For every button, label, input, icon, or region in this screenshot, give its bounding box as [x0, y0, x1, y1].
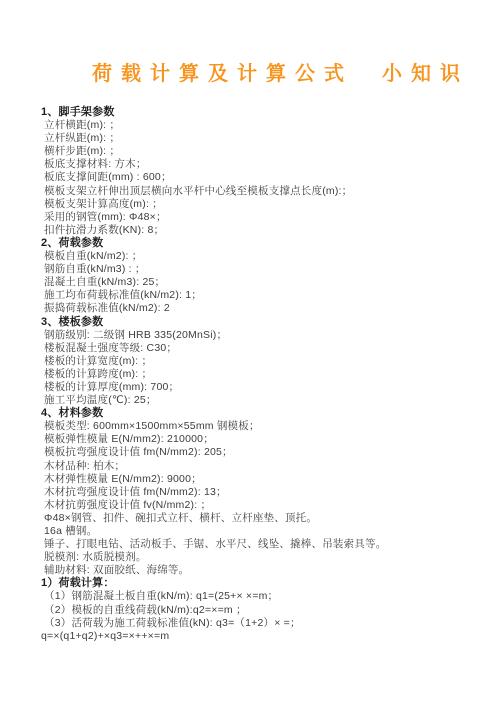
doc-line: （1）钢筋混凝土板自重(kN/m): q1=(25+× ×=m； [41, 590, 480, 603]
doc-line: 模板弹性模量 E(N/mm2): 210000； [41, 433, 480, 446]
doc-line: 楼板的计算跨度(m): ； [41, 368, 480, 381]
document-page: 荷载计算及计算公式 小知识 1、脚手架参数立杆横距(m): ；立杆纵距(m): … [0, 0, 496, 702]
doc-section: 1、脚手架参数立杆横距(m): ；立杆纵距(m): ；横杆步距(m): ；板底支… [41, 106, 480, 237]
section-header: 1、脚手架参数 [41, 106, 480, 119]
sections-container: 1、脚手架参数立杆横距(m): ；立杆纵距(m): ；横杆步距(m): ；板底支… [41, 106, 480, 630]
formula-line: q=×(q1+q2)+×q3=×++×=m [41, 630, 480, 643]
doc-line: 模板抗弯强度设计值 fm(N/mm2): 205； [41, 446, 480, 459]
doc-line: （2）模板的自重线荷载(kN/m):q2=×=m ； [41, 604, 480, 617]
doc-section: 2、荷载参数模板自重(kN/m2): ；钢筋自重(kN/m3) : ；混凝土自重… [41, 237, 480, 316]
doc-section: 3、楼板参数钢筋级别: 二级钢 HRB 335(20MnSi)；楼板混凝土强度等… [41, 316, 480, 408]
doc-line: Φ48×钢管、扣件、碗扣式立杆、横杆、立杆座垫、顶托。 [41, 512, 480, 525]
doc-line: 钢筋自重(kN/m3) : ； [41, 263, 480, 276]
doc-line: 施工均布荷载标准值(kN/m2): 1； [41, 289, 480, 302]
document-title: 荷载计算及计算公式 小知识 [92, 60, 469, 88]
doc-line: 横杆步距(m): ； [41, 145, 480, 158]
doc-line: 模板类型: 600mm×1500mm×55mm 钢模板； [41, 420, 480, 433]
doc-line: 木材抗剪强度设计值 fv(N/mm2): ； [41, 499, 480, 512]
doc-line: 钢筋级别: 二级钢 HRB 335(20MnSi)； [41, 329, 480, 342]
doc-line: 混凝土自重(kN/m3): 25； [41, 276, 480, 289]
doc-line: 锤子、打眼电钻、活动板手、手锯、水平尺、线坠、撬棒、吊装索具等。 [41, 538, 480, 551]
doc-line: 板底支撑材料: 方木； [41, 158, 480, 171]
doc-line: （3）活荷载为施工荷载标准值(kN): q3=（1+2）× =； [41, 617, 480, 630]
doc-line: 模板自重(kN/m2): ； [41, 250, 480, 263]
doc-section: 4、材料参数模板类型: 600mm×1500mm×55mm 钢模板；模板弹性模量… [41, 407, 480, 577]
doc-line: 振捣荷载标准值(kN/m2): 2 [41, 302, 480, 315]
document-body: 1、脚手架参数立杆横距(m): ；立杆纵距(m): ；横杆步距(m): ；板底支… [41, 106, 480, 643]
doc-line: 楼板的计算厚度(mm): 700； [41, 381, 480, 394]
doc-line: 脱模剂: 水质脱模剂。 [41, 551, 480, 564]
doc-line: 施工平均温度(℃): 25； [41, 394, 480, 407]
section-header: 2、荷载参数 [41, 237, 480, 250]
doc-line: 采用的钢管(mm): Φ48×； [41, 211, 480, 224]
doc-line: 木材品种: 柏木； [41, 460, 480, 473]
doc-line: 立杆纵距(m): ； [41, 132, 480, 145]
doc-line: 扣件抗滑力系数(KN): 8； [41, 224, 480, 237]
doc-line: 木材弹性模量 E(N/mm2): 9000； [41, 473, 480, 486]
doc-line: 楼板混凝土强度等级: C30； [41, 342, 480, 355]
section-header: 3、楼板参数 [41, 316, 480, 329]
doc-section: 1）荷载计算：（1）钢筋混凝土板自重(kN/m): q1=(25+× ×=m；（… [41, 577, 480, 629]
doc-line: 模板支架立杆伸出顶层横向水平杆中心线至模板支撑点长度(m):； [41, 185, 480, 198]
doc-line: 16a 槽钢。 [41, 525, 480, 538]
doc-line: 辅助材料: 双面胶纸、海绵等。 [41, 564, 480, 577]
doc-line: 楼板的计算宽度(m): ； [41, 355, 480, 368]
doc-line: 模板支架计算高度(m): ； [41, 198, 480, 211]
doc-line: 木材抗弯强度设计值 fm(N/mm2): 13； [41, 486, 480, 499]
section-header: 4、材料参数 [41, 407, 480, 420]
doc-line: 板底支撑间距(mm) : 600； [41, 171, 480, 184]
doc-line: 立杆横距(m): ； [41, 119, 480, 132]
section-header: 1）荷载计算： [41, 577, 480, 590]
